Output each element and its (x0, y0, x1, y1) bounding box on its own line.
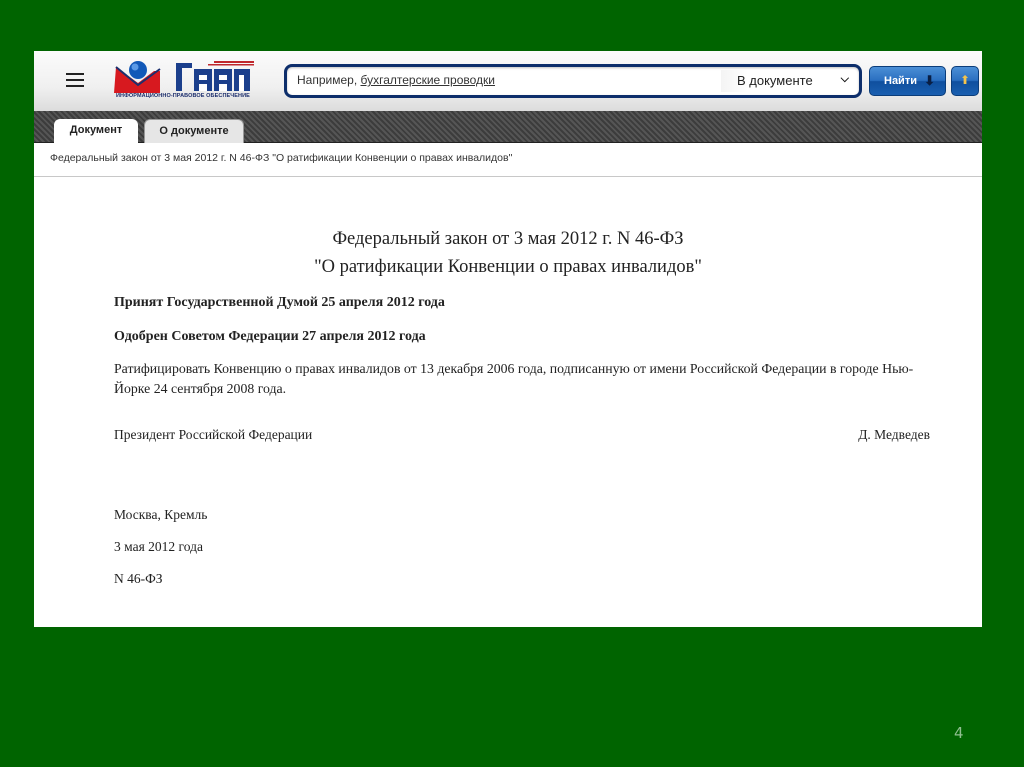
document-breadcrumb: Федеральный закон от 3 мая 2012 г. N 46-… (34, 144, 982, 177)
title-line-1: Федеральный закон от 3 мая 2012 г. N 46-… (34, 225, 982, 253)
body-paragraph: Ратифицировать Конвенцию о правах инвали… (114, 359, 934, 399)
tab-document[interactable]: Документ (54, 119, 138, 144)
adopted-line: Принят Государственной Думой 25 апреля 2… (114, 295, 445, 311)
chevron-down-icon: ⌵ (841, 73, 849, 86)
search-scope-value: В документе (737, 73, 813, 88)
find-button-label: Найти (884, 75, 917, 87)
search-box[interactable]: Например, бухгалтерские проводки В докум… (284, 64, 862, 98)
logo-tagline: ИНФОРМАЦИОННО-ПРАВОВОЕ ОБЕСПЕЧЕНИЕ (116, 93, 250, 99)
signer-title: Президент Российской Федерации (114, 427, 312, 443)
signing-place: Москва, Кремль (114, 507, 207, 523)
garant-window: ИНФОРМАЦИОННО-ПРАВОВОЕ ОБЕСПЕЧЕНИЕ Напри… (34, 51, 982, 627)
arrow-up-icon: ⬆ (960, 73, 970, 87)
find-button[interactable]: Найти ⬇ (869, 66, 946, 96)
hamburger-icon[interactable] (66, 73, 84, 87)
search-example-link[interactable]: бухгалтерские проводки (360, 73, 495, 87)
search-up-button[interactable]: ⬆ (951, 66, 979, 96)
search-placeholder[interactable]: Например, бухгалтерские проводки (297, 73, 495, 87)
search-hint-prefix: Например, (297, 73, 360, 87)
tab-about-document[interactable]: О документе (144, 119, 244, 143)
search-scope-select[interactable]: В документе ⌵ (721, 70, 855, 92)
slide-number: 4 (954, 724, 964, 742)
arrow-down-icon: ⬇ (924, 73, 935, 89)
tab-bar: Документ О документе (34, 111, 982, 143)
top-toolbar: ИНФОРМАЦИОННО-ПРАВОВОЕ ОБЕСПЕЧЕНИЕ Напри… (34, 51, 982, 111)
law-number: N 46-ФЗ (114, 571, 163, 587)
signing-date: 3 мая 2012 года (114, 539, 203, 555)
signer-name: Д. Медведев (858, 427, 930, 443)
approved-line: Одобрен Советом Федерации 27 апреля 2012… (114, 329, 426, 345)
document-title: Федеральный закон от 3 мая 2012 г. N 46-… (34, 225, 982, 281)
title-line-2: "О ратификации Конвенции о правах инвали… (34, 253, 982, 281)
